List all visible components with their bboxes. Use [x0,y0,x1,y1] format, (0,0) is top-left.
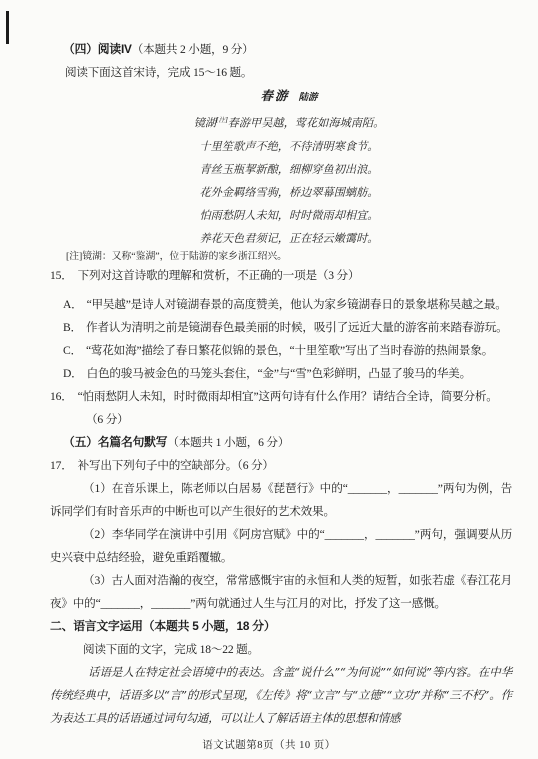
reading4-intro: 阅读下面这首宋诗，完成 15～16 题。 [65,61,512,84]
page-footer: 语文试题第8页（共 10 页） [0,737,538,752]
poem-line1-rest: 春游甲吴越，莺花如海城南陌。 [228,117,385,130]
question-16-stem: 16．“怕雨愁阴人未知，时时微雨却相宜”这两句诗有什么作用？请结合全诗，简要分析… [50,385,512,408]
question-16: 16．“怕雨愁阴人未知，时时微雨却相宜”这两句诗有什么作用？请结合全诗，简要分析… [50,385,512,431]
poem-line1-pre: 镜湖 [194,117,216,130]
question-stem-text: 补写出下列句子中的空缺部分。（6 分） [78,459,274,472]
section-heading-meta: （本题共 5 小题，18 分） [143,619,276,633]
section-heading-label: 二、语言文字运用 [50,619,143,633]
question-15: 15．下列对这首诗歌的理解和赏析，不正确的一项是（3 分） A．“甲吴越”是诗人… [50,264,512,385]
option-label: C． [63,344,86,357]
question-17: 17．补写出下列句子中的空缺部分。（6 分） （1）在音乐课上，陈老师以白居易《… [50,454,512,615]
option-text: “莺花如海”描绘了春日繁花似锦的景色，“十里笙歌”写出了当时春游的热闹景象。 [86,344,493,357]
section-heading-meta: （本题共 2 小题，9 分） [132,43,254,56]
option-label: A． [63,298,87,311]
poem-author: 陆游 [299,92,318,103]
question-15-stem: 15．下列对这首诗歌的理解和赏析，不正确的一项是（3 分） [50,264,512,287]
option-a: A．“甲吴越”是诗人对镜湖春景的高度赞美，他认为家乡镜湖春日的景象堪称吴越之最。 [63,293,512,316]
section-heading-reading5: （五）名篇名句默写（本题共 1 小题，6 分） [63,431,512,454]
section-heading-label: （四）阅读IV [63,42,132,56]
option-c: C．“莺花如海”描绘了春日繁花似锦的景色，“十里笙歌”写出了当时春游的热闹景象。 [63,339,512,362]
question-17-stem: 17．补写出下列句子中的空缺部分。（6 分） [50,454,512,477]
section-heading-meta: （本题共 1 小题，6 分） [167,436,289,449]
section-heading-reading4: （四）阅读IV（本题共 2 小题，9 分） [63,38,512,61]
poem-note-marker: [注] [216,116,228,124]
question-stem-text: “怕雨愁阴人未知，时时微雨却相宜”这两句诗有什么作用？请结合全诗，简要分析。 [78,390,498,403]
question-15-options: A．“甲吴越”是诗人对镜湖春景的高度赞美，他认为家乡镜湖春日的景象堪称吴越之最。… [50,293,512,385]
poem-block: 春游陆游 镜湖[注]春游甲吴越，莺花如海城南陌。 十里笙歌声不绝，不待清明寒食节… [50,84,512,250]
question-number: 15． [50,269,78,282]
section-heading-label: （五）名篇名句默写 [63,435,167,449]
option-text: 白色的骏马被金色的马笼头套住，“金”与“雪”色彩鲜明，凸显了骏马的华美。 [87,367,471,380]
poem-line: 十里笙歌声不绝，不待清明寒食节。 [66,135,512,158]
question-number: 17． [50,459,78,472]
poem-title-row: 春游陆游 [66,84,512,109]
question-16-score: （6 分） [86,408,512,431]
recitation-item-1: （1）在音乐课上，陈老师以白居易《琵琶行》中的“_______，_______”… [50,477,512,523]
poem-title: 春游 [260,88,289,103]
option-label: B． [63,321,86,334]
poem-line: 养花天色君须记，正在轻云嫩霭时。 [66,227,512,250]
option-label: D． [63,367,87,380]
passage-paragraph: 话语是人在特定社会语境中的表达。含盖“说什么”“为何说”“如何说”等内容。在中华… [50,661,512,731]
question-number: 16． [50,390,78,403]
option-text: 作者认为清明之前是镜湖春色最美丽的时候，吸引了远近大量的游客前来踏春游玩。 [86,321,508,334]
poem-line: 怕雨愁阴人未知，时时微雨却相宜。 [66,204,512,227]
poem-line: 青丝玉瓶挈新酿，细柳穿鱼初出浪。 [66,158,512,181]
section-heading-language-use: 二、语言文字运用（本题共 5 小题，18 分） [50,615,512,638]
question-stem-text: 下列对这首诗歌的理解和赏析，不正确的一项是（3 分） [78,269,360,282]
poem-footnote: [注]镜湖：又称“鉴湖”，位于陆游的家乡浙江绍兴。 [66,250,512,264]
option-d: D．白色的骏马被金色的马笼头套住，“金”与“雪”色彩鲜明，凸显了骏马的华美。 [63,362,512,385]
option-text: “甲吴越”是诗人对镜湖春景的高度赞美，他认为家乡镜湖春日的景象堪称吴越之最。 [87,298,507,311]
option-b: B．作者认为清明之前是镜湖春色最美丽的时候，吸引了远近大量的游客前来踏春游玩。 [63,316,512,339]
language-use-intro: 阅读下面的文字，完成 18～22 题。 [83,638,512,661]
exam-page: （四）阅读IV（本题共 2 小题，9 分） 阅读下面这首宋诗，完成 15～16 … [0,0,538,759]
recitation-item-2: （2）李华同学在演讲中引用《阿房宫赋》中的“_______，_______”两句… [50,523,512,569]
poem-line: 花外金羁络雪驹，桥边翠幕围螭舫。 [66,181,512,204]
poem-line: 镜湖[注]春游甲吴越，莺花如海城南陌。 [66,109,512,135]
recitation-item-3: （3）古人面对浩瀚的夜空，常常感慨宇宙的永恒和人类的短暂，如张若虚《春江花月夜》… [50,569,512,615]
